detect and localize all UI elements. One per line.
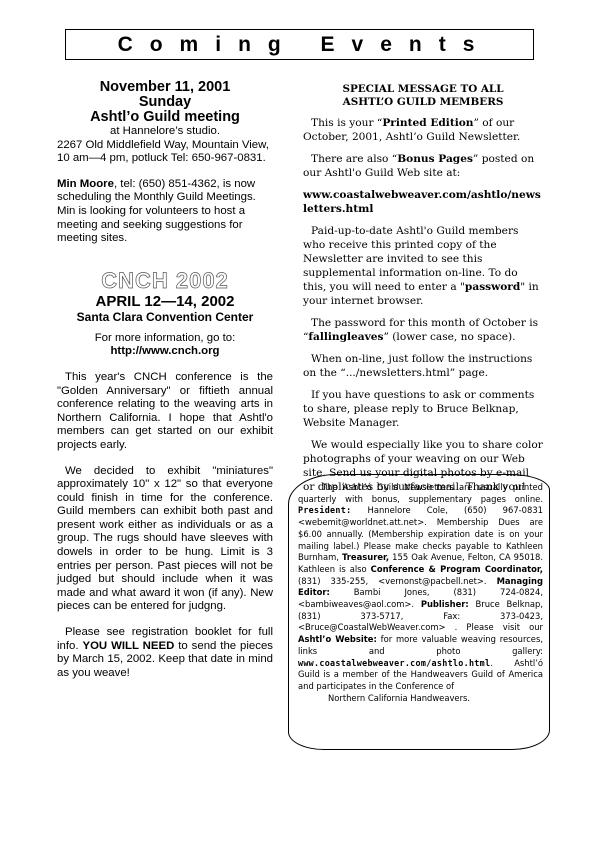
publisher-label: Publisher: — [421, 599, 469, 609]
cnch-paragraph-2: We decided to exhibit "miniatures" appro… — [57, 465, 273, 615]
website-url-link[interactable]: www.coastalwebweaver.com/ashtlo.html — [298, 658, 490, 668]
cnch-logo: CNCH 2002 — [57, 270, 273, 292]
left-column: November 11, 2001 Sunday Ashtl’o Guild m… — [57, 80, 273, 680]
event-name: Ashtl’o Guild meeting — [57, 110, 273, 125]
cnch-dates: APRIL 12—14, 2002 — [57, 293, 273, 310]
heading-line-1: SPECIAL MESSAGE TO ALL — [303, 83, 543, 96]
printed-edition-paragraph: This is your “Printed Edition” of our Oc… — [303, 116, 543, 144]
cnch-info: For more information, go to: http://www.… — [57, 332, 273, 359]
p2-text-a: There are also “ — [311, 153, 397, 165]
heading-line-2: ASHTL’O GUILD MEMBERS — [303, 96, 543, 109]
bonus-pages-bold: Bonus Pages — [397, 153, 473, 165]
treasurer-label: Treasurer, — [342, 552, 389, 562]
instructions-paragraph: When on-line, just follow the instructio… — [303, 352, 543, 380]
box-text-4: (831) 335-255, <vernonst@pacbell.net>. — [298, 576, 497, 586]
password-value-paragraph: The password for this month of October i… — [303, 316, 543, 344]
event-details: 2267 Old Middlefield Way, Mountain View,… — [57, 139, 273, 166]
box-closing-line: Northern California Handweavers. — [298, 693, 543, 705]
website-label: Ashtl’o Website: — [298, 634, 377, 644]
event-day: Sunday — [57, 95, 273, 110]
printed-edition-bold: Printed Edition — [382, 117, 473, 129]
coordinator-label: Conference & Program Coordinator, — [371, 564, 543, 574]
min-moore-name: Min Moore — [57, 178, 114, 190]
cnch-venue: Santa Clara Convention Center — [57, 310, 273, 324]
newsletter-url-link[interactable]: www.coastalwebweaver.com/ashtlo/newslett… — [303, 188, 543, 216]
page-title: Coming Events — [118, 33, 492, 57]
password-value: fallingleaves — [308, 331, 383, 343]
event-date: November 11, 2001 — [57, 80, 273, 95]
p1-text-a: This is your “ — [311, 117, 382, 129]
right-column: SPECIAL MESSAGE TO ALL ASHTL’O GUILD MEM… — [303, 83, 543, 494]
guild-info-box: The Ashtl’ó Guild Newsletters are usuall… — [288, 474, 550, 750]
password-info-paragraph: Paid-up-to-date Ashtl'o Guild members wh… — [303, 224, 543, 308]
cnch-url-link[interactable]: http://www.cnch.org — [57, 345, 273, 359]
p4-text-b: ” (lower case, no space). — [384, 331, 516, 343]
special-message-heading: SPECIAL MESSAGE TO ALL ASHTL’O GUILD MEM… — [303, 83, 543, 109]
you-will-need-emphasis: YOU WILL NEED — [82, 640, 174, 652]
questions-paragraph: If you have questions to ask or comments… — [303, 388, 543, 430]
bonus-pages-paragraph: There are also “Bonus Pages” posted on o… — [303, 152, 543, 180]
password-bold: password — [465, 281, 520, 293]
president-label: President: — [298, 505, 351, 515]
cnch-paragraph-3: Please see registration booklet for full… — [57, 626, 273, 680]
cnch-paragraph-1: This year's CNCH conference is the "Gold… — [57, 371, 273, 453]
event-location: at Hannelore’s studio. — [57, 125, 273, 139]
cnch-info-label: For more information, go to: — [95, 332, 236, 344]
page-header-box: Coming Events — [65, 29, 534, 60]
min-moore-paragraph: Min Moore, tel: (650) 851-4362, is now s… — [57, 178, 273, 246]
box-intro: The Ashtl’ó Guild Newsletters are usuall… — [298, 482, 543, 504]
